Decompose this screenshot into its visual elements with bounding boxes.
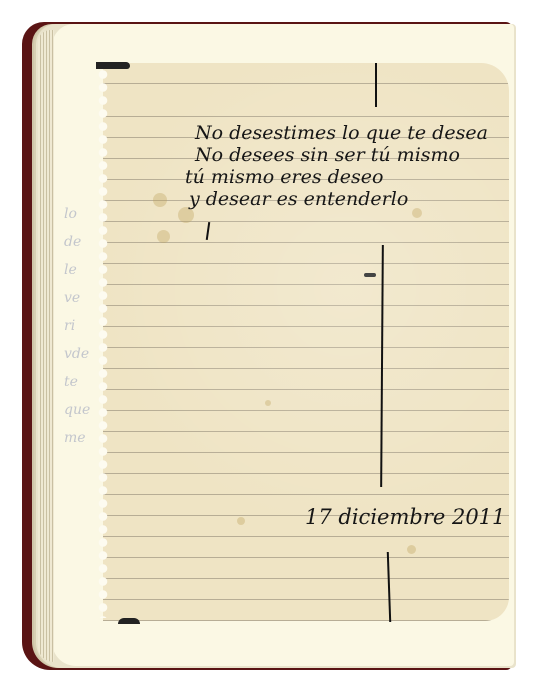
stain	[237, 517, 245, 525]
stain	[157, 230, 170, 243]
handwritten-date: 17 diciembre 2011	[305, 505, 505, 529]
poem-line-3: tú mismo eres deseo	[185, 166, 488, 188]
poem-line-2: No desees sin ser tú mismo	[195, 144, 488, 166]
poem-line-4: y desear es entenderlo	[189, 188, 488, 210]
handwritten-poem: No desestimes lo que te desea No desees …	[185, 122, 488, 210]
pen-line-top	[375, 63, 377, 107]
stain	[153, 193, 167, 207]
stain	[265, 400, 271, 406]
page-edges	[38, 30, 54, 662]
torn-corner-bottom	[118, 618, 140, 624]
stain	[407, 545, 416, 554]
ink-blot	[364, 273, 376, 277]
perforation-holes	[96, 68, 110, 618]
torn-corner-top	[96, 62, 130, 69]
poem-line-1: No desestimes lo que te desea	[195, 122, 488, 144]
